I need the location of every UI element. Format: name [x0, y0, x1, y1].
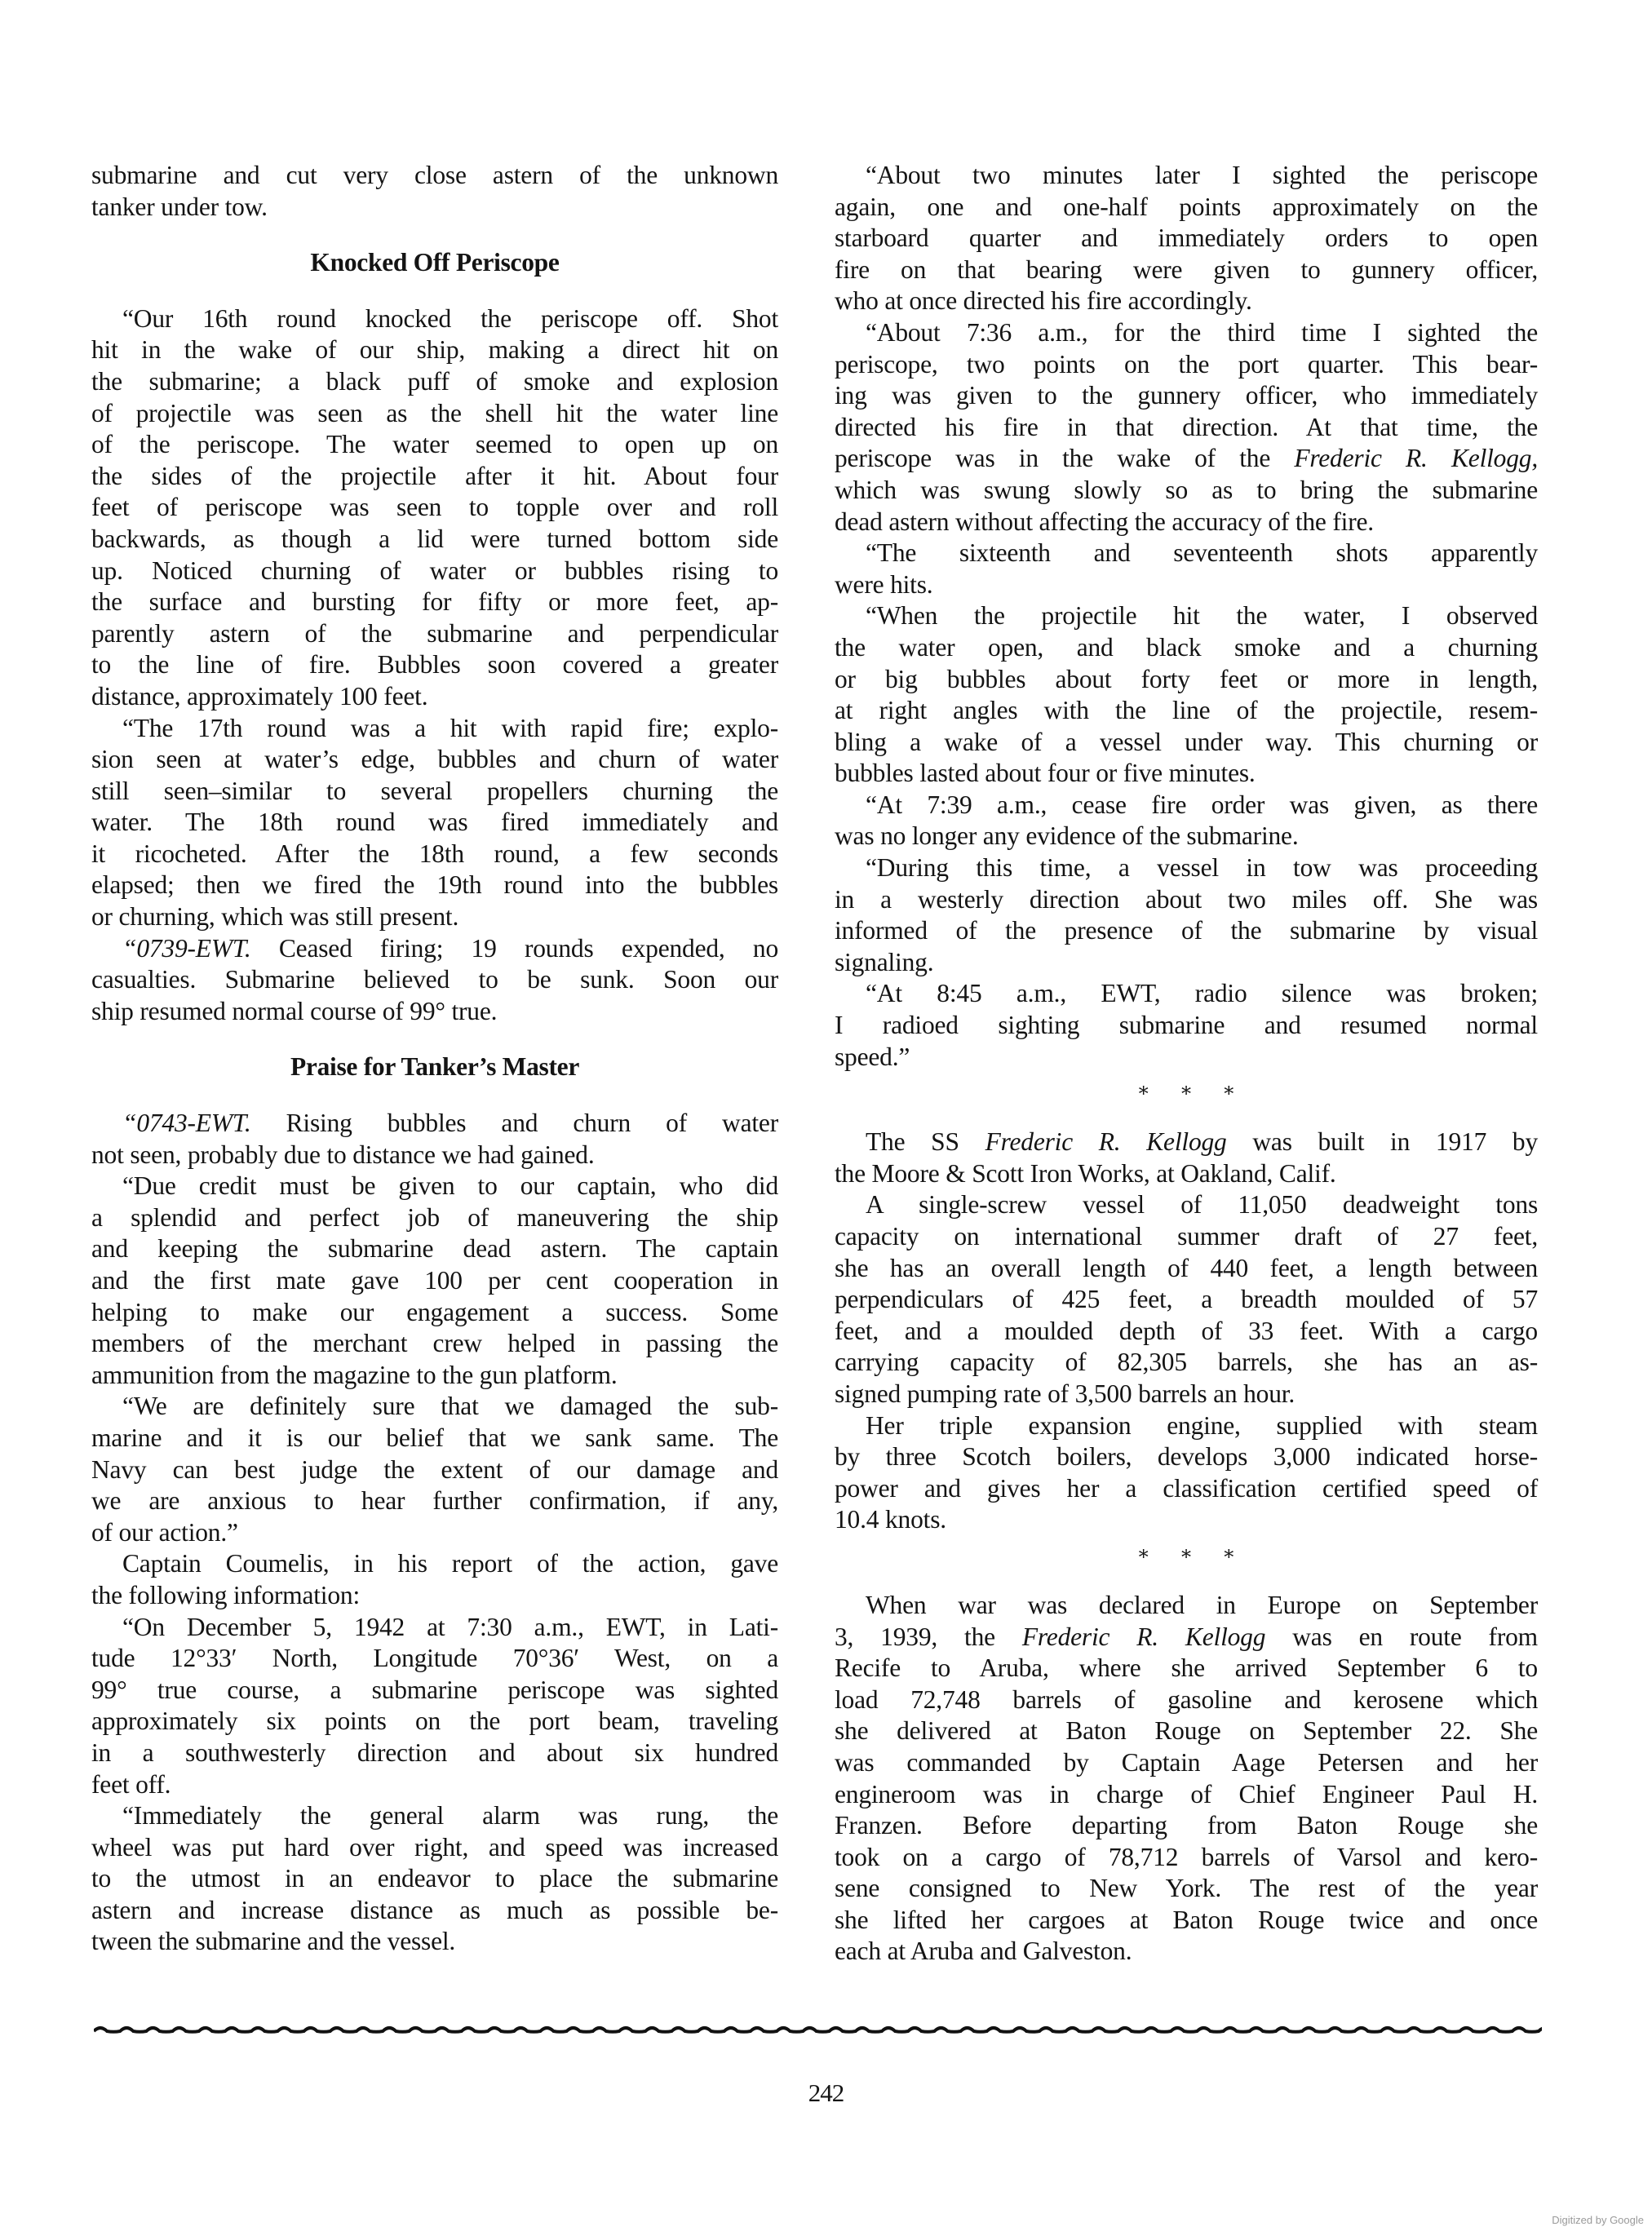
paragraph: “On December 5, 1942 at 7:30 a.m., EWT, … — [91, 1612, 778, 1801]
text-line: and keeping the submarine dead astern. T… — [91, 1233, 778, 1265]
left-column: submarine and cut very close astern of t… — [91, 160, 778, 1958]
text-line: bubbles lasted about four or five minute… — [835, 758, 1538, 790]
text-line: in a westerly direction about two miles … — [835, 884, 1538, 916]
text-line: submarine and cut very close astern of t… — [91, 160, 778, 192]
paragraph: “At 8:45 a.m., EWT, radio silence was br… — [835, 978, 1538, 1073]
text-line: by three Scotch boilers, develops 3,000 … — [835, 1441, 1538, 1473]
section-break-asterisks: ∗∗∗ — [835, 1073, 1538, 1109]
text-line: tanker under tow. — [91, 192, 778, 224]
text-line: tween the submarine and the vessel. — [91, 1926, 778, 1958]
text-line: “On December 5, 1942 at 7:30 a.m., EWT, … — [91, 1612, 778, 1644]
text-line: engineroom was in charge of Chief Engine… — [835, 1779, 1538, 1811]
text-line: ship resumed normal course of 99° true. — [91, 996, 778, 1028]
text-line: again, one and one-half points approxima… — [835, 192, 1538, 224]
text-line: who at once directed his fire accordingl… — [835, 286, 1538, 317]
text-line: not seen, probably due to distance we ha… — [91, 1140, 778, 1171]
text-line: of projectile was seen as the shell hit … — [91, 398, 778, 430]
text-line: astern and increase distance as much as … — [91, 1895, 778, 1927]
right-column: “About two minutes later I sighted the p… — [835, 160, 1538, 1968]
text-line: “When the projectile hit the water, I ob… — [835, 600, 1538, 632]
text-line: capacity on international summer draft o… — [835, 1221, 1538, 1253]
text-line: The SS Frederic R. Kellogg was built in … — [835, 1127, 1538, 1158]
text-line: sene consigned to New York. The rest of … — [835, 1873, 1538, 1905]
text-line: “About two minutes later I sighted the p… — [835, 160, 1538, 192]
text-line: 10.4 knots. — [835, 1504, 1538, 1536]
paragraph: “At 7:39 a.m., cease fire order was give… — [835, 790, 1538, 852]
text-line: Franzen. Before departing from Baton Rou… — [835, 1810, 1538, 1842]
text-line: up. Noticed churning of water or bubbles… — [91, 556, 778, 587]
text-line: we are anxious to hear further confirmat… — [91, 1485, 778, 1517]
text-line: wheel was put hard over right, and speed… — [91, 1832, 778, 1864]
text-line: each at Aruba and Galveston. — [835, 1936, 1538, 1968]
paragraph: “0743-EWT. Rising bubbles and churn of w… — [91, 1108, 778, 1171]
text-line: directed his fire in that direction. At … — [835, 412, 1538, 444]
paragraph: “About two minutes later I sighted the p… — [835, 160, 1538, 317]
section-heading: Praise for Tanker’s Master — [91, 1051, 778, 1083]
paragraph: “About 7:36 a.m., for the third time I s… — [835, 317, 1538, 538]
text-line: “We are definitely sure that we damaged … — [91, 1391, 778, 1423]
text-line: sion seen at water’s edge, bubbles and c… — [91, 744, 778, 776]
text-line: helping to make our engagement a success… — [91, 1297, 778, 1329]
text-line: ammunition from the magazine to the gun … — [91, 1360, 778, 1392]
text-line: elapsed; then we fired the 19th round in… — [91, 870, 778, 901]
text-line: Her triple expansion engine, supplied wi… — [835, 1410, 1538, 1442]
text-line: casualties. Submarine believed to be sun… — [91, 964, 778, 996]
text-line: Recife to Aruba, where she arrived Septe… — [835, 1653, 1538, 1684]
text-line: “During this time, a vessel in tow was p… — [835, 852, 1538, 884]
text-line: “Our 16th round knocked the periscope of… — [91, 303, 778, 335]
text-line: I radioed sighting submarine and resumed… — [835, 1010, 1538, 1042]
paragraph: “During this time, a vessel in tow was p… — [835, 852, 1538, 978]
text-line: hit in the wake of our ship, making a di… — [91, 334, 778, 366]
text-line: “Due credit must be given to our captain… — [91, 1171, 778, 1202]
paragraph: submarine and cut very close astern of t… — [91, 160, 778, 223]
text-line: or big bubbles about forty feet or more … — [835, 664, 1538, 696]
text-line: “At 8:45 a.m., EWT, radio silence was br… — [835, 978, 1538, 1010]
text-line: signed pumping rate of 3,500 barrels an … — [835, 1379, 1538, 1410]
text-line: was commanded by Captain Aage Petersen a… — [835, 1747, 1538, 1779]
paragraph: “We are definitely sure that we damaged … — [91, 1391, 778, 1548]
section-break-asterisks: ∗∗∗ — [835, 1536, 1538, 1572]
text-line: ing was given to the gunnery officer, wh… — [835, 380, 1538, 412]
text-line: of our action.” — [91, 1517, 778, 1549]
text-line: starboard quarter and immediately orders… — [835, 223, 1538, 255]
paragraph: Her triple expansion engine, supplied wi… — [835, 1410, 1538, 1536]
text-line: she has an overall length of 440 feet, a… — [835, 1253, 1538, 1285]
paragraph: “When the projectile hit the water, I ob… — [835, 600, 1538, 790]
text-line: Captain Coumelis, in his report of the a… — [91, 1548, 778, 1580]
text-line: informed of the presence of the submarin… — [835, 915, 1538, 947]
paragraph: Captain Coumelis, in his report of the a… — [91, 1548, 778, 1611]
text-line: perpendiculars of 425 feet, a breadth mo… — [835, 1284, 1538, 1316]
text-line: “At 7:39 a.m., cease fire order was give… — [835, 790, 1538, 821]
text-line: to the utmost in an endeavor to place th… — [91, 1863, 778, 1895]
text-line: in a southwesterly direction and about s… — [91, 1738, 778, 1769]
section-heading: Knocked Off Periscope — [91, 247, 778, 279]
text-line: feet of periscope was seen to topple ove… — [91, 492, 778, 524]
text-line: dead astern without affecting the accura… — [835, 507, 1538, 538]
text-line: the sides of the projectile after it hit… — [91, 461, 778, 493]
text-line: marine and it is our belief that we sank… — [91, 1423, 778, 1454]
text-line: distance, approximately 100 feet. — [91, 681, 778, 713]
paragraph: “The 17th round was a hit with rapid fir… — [91, 713, 778, 933]
text-line: the Moore & Scott Iron Works, at Oakland… — [835, 1158, 1538, 1190]
log-timestamp: “0743-EWT. — [122, 1109, 251, 1137]
text-line: took on a cargo of 78,712 barrels of Var… — [835, 1842, 1538, 1874]
paragraph: “Our 16th round knocked the periscope of… — [91, 303, 778, 713]
paragraph: “The sixteenth and seventeenth shots app… — [835, 538, 1538, 600]
text-line: the submarine; a black puff of smoke and… — [91, 366, 778, 398]
text-line: members of the merchant crew helped in p… — [91, 1328, 778, 1360]
text-line: the surface and bursting for fifty or mo… — [91, 587, 778, 618]
text-line: the water open, and black smoke and a ch… — [835, 632, 1538, 664]
text-line: the following information: — [91, 1580, 778, 1612]
paragraph: The SS Frederic R. Kellogg was built in … — [835, 1127, 1538, 1189]
text-line: to the line of fire. Bubbles soon covere… — [91, 649, 778, 681]
text-line: approximately six points on the port bea… — [91, 1706, 778, 1738]
text-line: were hits. — [835, 569, 1538, 601]
text-line: “The sixteenth and seventeenth shots app… — [835, 538, 1538, 569]
paragraph: “Due credit must be given to our captain… — [91, 1171, 778, 1391]
text-line: still seen–similar to several propellers… — [91, 776, 778, 808]
text-line: “About 7:36 a.m., for the third time I s… — [835, 317, 1538, 349]
text-line: periscope was in the wake of the Frederi… — [835, 443, 1538, 475]
text-line: was no longer any evidence of the submar… — [835, 821, 1538, 852]
text-line: load 72,748 barrels of gasoline and kero… — [835, 1684, 1538, 1716]
text-line: a splendid and perfect job of maneuverin… — [91, 1202, 778, 1234]
paragraph: A single-screw vessel of 11,050 deadweig… — [835, 1189, 1538, 1410]
text-line: “0743-EWT. Rising bubbles and churn of w… — [91, 1108, 778, 1140]
text-line: “0739-EWT. Ceased firing; 19 rounds expe… — [91, 933, 778, 965]
text-line: signaling. — [835, 947, 1538, 979]
text-line: she delivered at Baton Rouge on Septembe… — [835, 1715, 1538, 1747]
text-line: carrying capacity of 82,305 barrels, she… — [835, 1347, 1538, 1379]
text-line: she lifted her cargoes at Baton Rouge tw… — [835, 1905, 1538, 1937]
text-line: or churning, which was still present. — [91, 901, 778, 933]
text-line: speed.” — [835, 1042, 1538, 1074]
text-line: Navy can best judge the extent of our da… — [91, 1454, 778, 1486]
text-line: fire on that bearing were given to gunne… — [835, 255, 1538, 286]
text-line: of the periscope. The water seemed to op… — [91, 429, 778, 461]
text-line: periscope, two points on the port quarte… — [835, 349, 1538, 381]
text-line: feet off. — [91, 1769, 778, 1801]
text-line: backwards, as though a lid were turned b… — [91, 524, 778, 556]
digitized-watermark: Digitized by Google — [1552, 2214, 1644, 2226]
text-line: When war was declared in Europe on Septe… — [835, 1590, 1538, 1622]
text-line: 3, 1939, the Frederic R. Kellogg was en … — [835, 1622, 1538, 1653]
page-number: 242 — [0, 2078, 1652, 2108]
text-line: at right angles with the line of the pro… — [835, 695, 1538, 727]
text-line: “Immediately the general alarm was rung,… — [91, 1800, 778, 1832]
text-line: parently astern of the submarine and per… — [91, 618, 778, 650]
log-timestamp: “0739-EWT. — [122, 934, 251, 963]
text-line: power and gives her a classification cer… — [835, 1473, 1538, 1505]
text-line: tude 12°33′ North, Longitude 70°36′ West… — [91, 1643, 778, 1675]
text-line: “The 17th round was a hit with rapid fir… — [91, 713, 778, 745]
paragraph: “Immediately the general alarm was rung,… — [91, 1800, 778, 1958]
text-line: water. The 18th round was fired immediat… — [91, 807, 778, 839]
paragraph: When war was declared in Europe on Septe… — [835, 1590, 1538, 1968]
text-line: bling a wake of a vessel under way. This… — [835, 727, 1538, 759]
text-line: A single-screw vessel of 11,050 deadweig… — [835, 1189, 1538, 1221]
text-line: and the first mate gave 100 per cent coo… — [91, 1265, 778, 1297]
text-line: feet, and a moulded depth of 33 feet. Wi… — [835, 1316, 1538, 1348]
text-line: it ricocheted. After the 18th round, a f… — [91, 839, 778, 870]
paragraph: “0739-EWT. Ceased firing; 19 rounds expe… — [91, 933, 778, 1028]
text-line: 99° true course, a submarine periscope w… — [91, 1675, 778, 1707]
wavy-divider — [94, 2021, 1542, 2041]
text-line: which was swung slowly so as to bring th… — [835, 475, 1538, 507]
